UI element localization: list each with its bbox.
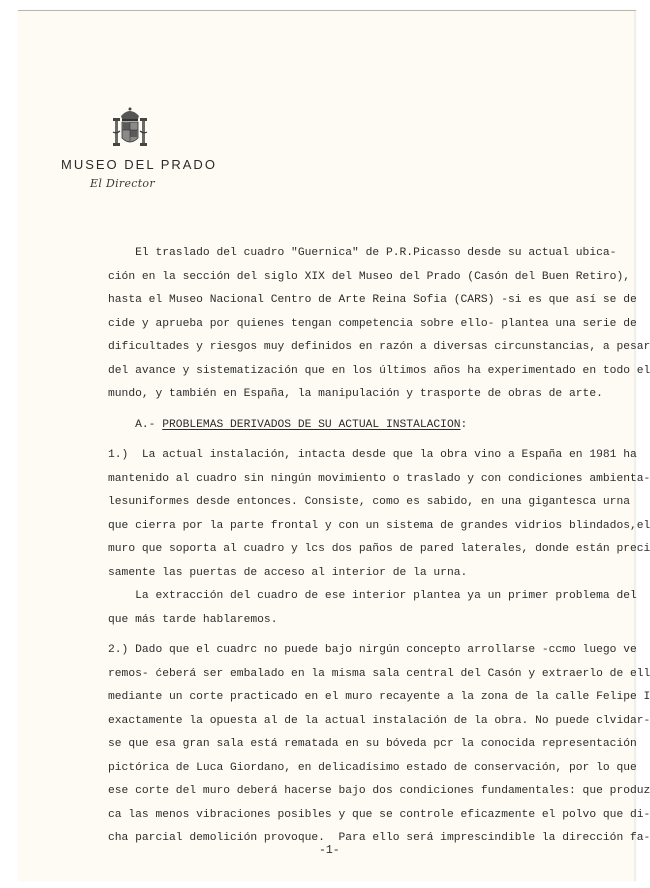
item-1: 1.) La actual instalación, intacta desde… [108, 444, 628, 632]
text-line: dificultades y riesgos muy definidos en … [108, 336, 628, 360]
organization-name: MUSEO DEL PRADO [61, 157, 217, 172]
text-line: se que esa gran sala está rematada en su… [108, 733, 628, 757]
text-line: mundo, y también en España, la manipulac… [108, 383, 628, 407]
text-line: que más tarde hablaremos. [108, 609, 628, 633]
text-line: pictórica de Luca Giordano, en delicadís… [108, 757, 628, 781]
coat-of-arms-icon [112, 106, 148, 152]
section-heading: A.- PROBLEMAS DERIVADOS DE SU ACTUAL INS… [108, 414, 628, 438]
text-line: ción en la sección del siglo XIX del Mus… [108, 266, 628, 290]
text-line: que cierra por la parte frontal y con un… [108, 515, 628, 539]
text-line: cide y aprueba por quienes tengan compet… [108, 313, 628, 337]
text-line: exactamente la opuesta al de la actual i… [108, 710, 628, 734]
text-line: del avance y sistematización que en los … [108, 360, 628, 384]
text-line: mantenido al cuadro sin ningún movimient… [108, 468, 628, 492]
text-line: 1.) La actual instalación, intacta desde… [108, 444, 628, 468]
text-line: mediante un corte practicado en el muro … [108, 686, 628, 710]
page-edge [634, 11, 636, 881]
text-line: samente las puertas de acceso al interio… [108, 562, 628, 586]
text-line: lesuniformes desde entonces. Consiste, c… [108, 491, 628, 515]
document-page: MUSEO DEL PRADO El Director El traslado … [18, 10, 636, 881]
text-line: cha parcial demolición provoque. Para el… [108, 827, 628, 851]
text-line: remos- ćeberá ser embalado en la misma s… [108, 663, 628, 687]
text-line: El traslado del cuadro "Guernica" de P.R… [108, 242, 628, 266]
item-2: 2.) Dado que el cuadrc no puede bajo nir… [108, 639, 628, 851]
text-line: ca las menos vibraciones posibles y que … [108, 804, 628, 828]
text-line: muro que soporta al cuadro y lcs dos pañ… [108, 538, 628, 562]
text-line: hasta el Museo Nacional Centro de Arte R… [108, 289, 628, 313]
text-line: ese corte del muro deberá hacerse bajo d… [108, 780, 628, 804]
section-heading-title: PROBLEMAS DERIVADOS DE SU ACTUAL INSTALA… [162, 419, 460, 431]
text-line: La extracción del cuadro de ese interior… [108, 585, 628, 609]
director-title: El Director [90, 177, 155, 190]
paragraph-intro: El traslado del cuadro "Guernica" de P.R… [108, 242, 628, 407]
letter-body: El traslado del cuadro "Guernica" de P.R… [108, 242, 628, 851]
text-line: 2.) Dado que el cuadrc no puede bajo nir… [108, 639, 628, 663]
page-number: -1- [319, 844, 340, 857]
